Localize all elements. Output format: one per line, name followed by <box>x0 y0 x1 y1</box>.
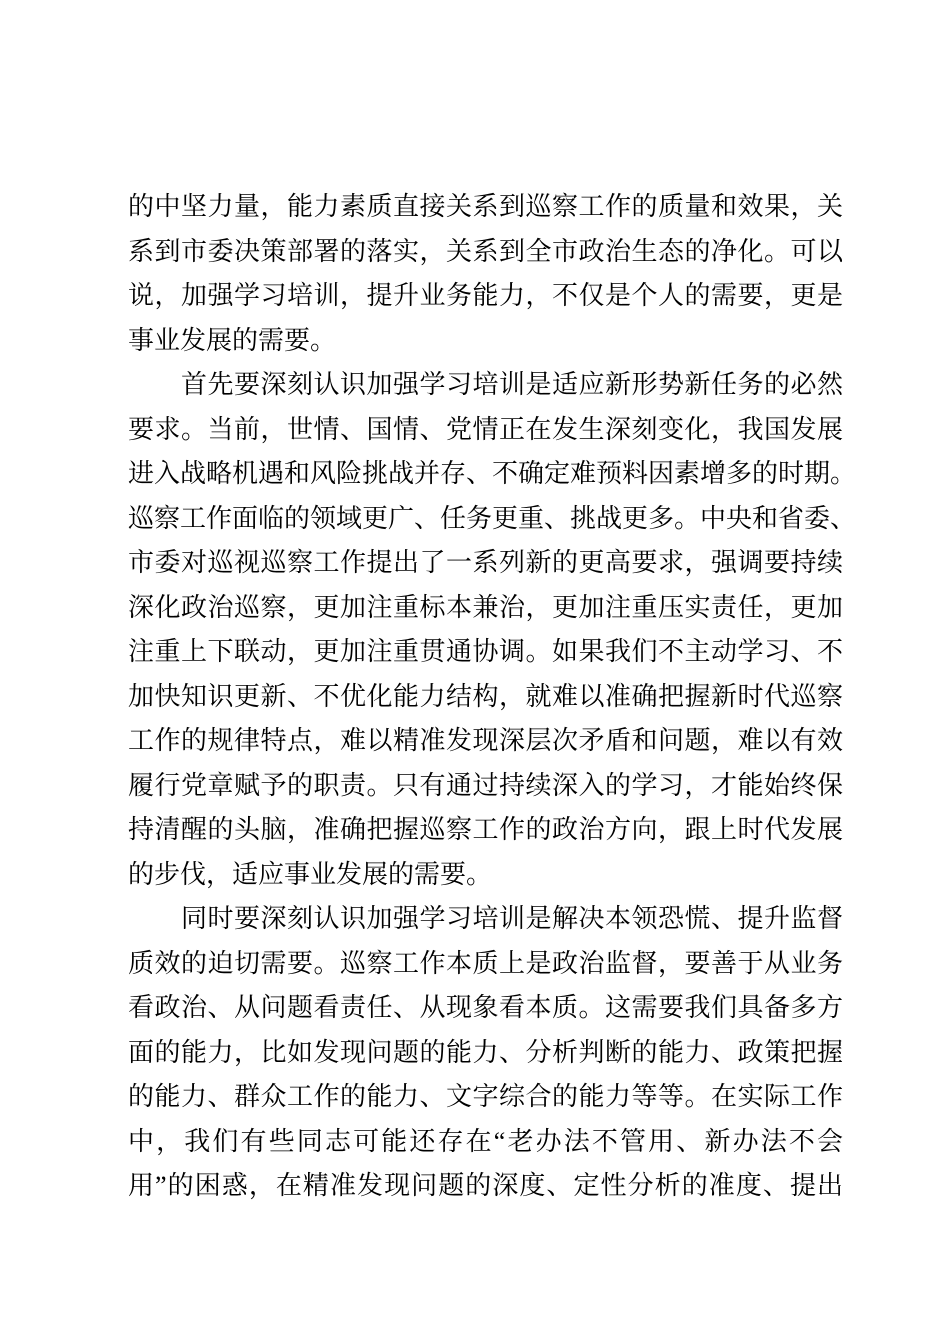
text-line: 加快知识更新、不优化能力结构，就难以准确把握新时代巡察 <box>128 675 843 720</box>
text-line: 用”的困惑，在精准发现问题的深度、定性分析的准度、提出 <box>128 1164 843 1209</box>
text-line: 质效的迫切需要。巡察工作本质上是政治监督，要善于从业务 <box>128 942 843 987</box>
text-line: 履行党章赋予的职责。只有通过持续深入的学习，才能始终保 <box>128 764 843 809</box>
text-line: 巡察工作面临的领域更广、任务更重、挑战更多。中央和省委、 <box>128 497 843 542</box>
text-line: 首先要深刻认识加强学习培训是适应新形势新任务的必然 <box>128 363 843 408</box>
document-body: 的中坚力量，能力素质直接关系到巡察工作的质量和效果，关系到市委决策部署的落实，关… <box>128 185 843 1209</box>
text-line: 看政治、从问题看责任、从现象看本质。这需要我们具备多方 <box>128 986 843 1031</box>
text-line: 的中坚力量，能力素质直接关系到巡察工作的质量和效果，关 <box>128 185 843 230</box>
text-line: 事业发展的需要。 <box>128 319 843 364</box>
text-line: 持清醒的头脑，准确把握巡察工作的政治方向，跟上时代发展 <box>128 808 843 853</box>
text-line: 进入战略机遇和风险挑战并存、不确定难预料因素增多的时期。 <box>128 452 843 497</box>
document-page: 的中坚力量，能力素质直接关系到巡察工作的质量和效果，关系到市委决策部署的落实，关… <box>0 0 950 1344</box>
text-line: 的步伐，适应事业发展的需要。 <box>128 853 843 898</box>
text-line: 工作的规律特点，难以精准发现深层次矛盾和问题，难以有效 <box>128 719 843 764</box>
text-line: 市委对巡视巡察工作提出了一系列新的更高要求，强调要持续 <box>128 541 843 586</box>
text-line: 的能力、群众工作的能力、文字综合的能力等等。在实际工作 <box>128 1075 843 1120</box>
text-line: 说，加强学习培训，提升业务能力，不仅是个人的需要，更是 <box>128 274 843 319</box>
text-line: 要求。当前，世情、国情、党情正在发生深刻变化，我国发展 <box>128 408 843 453</box>
text-line: 同时要深刻认识加强学习培训是解决本领恐慌、提升监督 <box>128 897 843 942</box>
text-line: 深化政治巡察，更加注重标本兼治，更加注重压实责任，更加 <box>128 586 843 631</box>
text-line: 系到市委决策部署的落实，关系到全市政治生态的净化。可以 <box>128 230 843 275</box>
text-line: 中，我们有些同志可能还存在“老办法不管用、新办法不会 <box>128 1120 843 1165</box>
text-line: 注重上下联动，更加注重贯通协调。如果我们不主动学习、不 <box>128 630 843 675</box>
text-line: 面的能力，比如发现问题的能力、分析判断的能力、政策把握 <box>128 1031 843 1076</box>
